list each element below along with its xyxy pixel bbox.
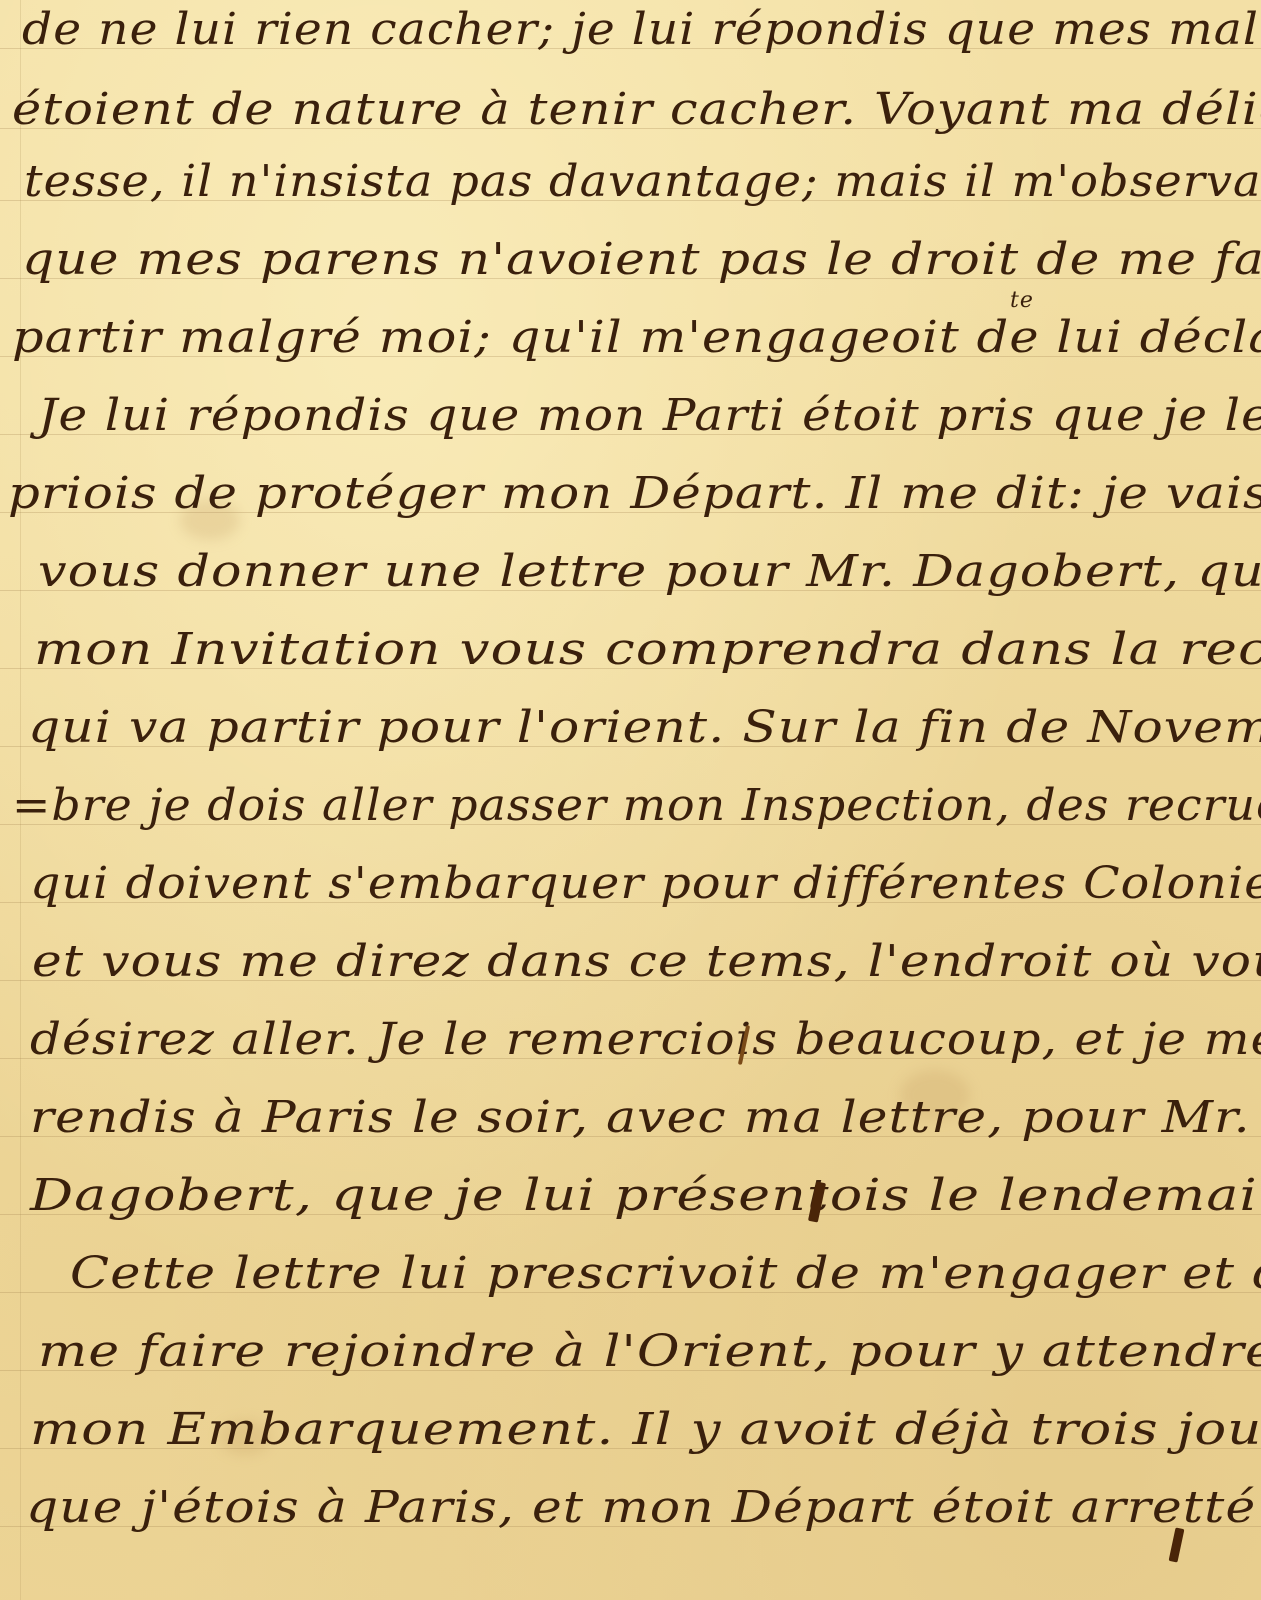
line-text: étoient de nature à tenir cacher. Voyant… [12,88,1261,132]
line-text: qui doivent s'embarquer pour différentes… [30,862,1261,906]
line-text: tesse, il n'insista pas davantage; mais … [24,160,1261,204]
line-text: qui va partir pour l'orient. Sur la fin … [28,706,1261,750]
manuscript-line: tesse, il n'insista pas davantage; mais … [0,160,1261,204]
line-text: de ne lui rien cacher; je lui répondis q… [22,8,1261,52]
line-text: mon Invitation vous comprendra dans la r… [34,628,1261,672]
line-text: rendis à Paris le soir, avec ma lettre, … [30,1096,1251,1140]
manuscript-line: priois de protéger mon Départ. Il me dit… [0,472,1261,516]
manuscript-line: mon Embarquement. Il y avoit déjà trois … [0,1408,1261,1452]
line-text: Dagobert, que je lui présentois le lende… [30,1174,1261,1218]
manuscript-line: que j'étois à Paris, et mon Départ étoit… [0,1486,1261,1530]
line-text: Je lui répondis que mon Parti étoit pris… [38,394,1261,438]
manuscript-line: qui doivent s'embarquer pour différentes… [0,862,1261,906]
line-text: partir malgré moi; qu'il m'engageoit de … [12,316,1261,360]
line-text: désirez aller. Je le remerciois beaucoup… [30,1018,1261,1062]
line-text: me faire rejoindre à l'Orient, pour y at… [38,1330,1261,1374]
manuscript-line: étoient de nature à tenir cacher. Voyant… [0,88,1261,132]
manuscript-line: vous donner une lettre pour Mr. Dagobert… [0,550,1261,594]
manuscript-line: Dagobert, que je lui présentois le lende… [0,1174,1261,1218]
manuscript-line: me faire rejoindre à l'Orient, pour y at… [0,1330,1261,1374]
manuscript-line: rendis à Paris le soir, avec ma lettre, … [0,1096,1261,1140]
manuscript-line: que mes parens n'avoient pas le droit de… [0,238,1261,282]
manuscript-line: Je lui répondis que mon Parti étoit pris… [0,394,1261,438]
manuscript-line: =bre je dois aller passer mon Inspection… [0,784,1261,828]
line-text: priois de protéger mon Départ. Il me dit… [8,472,1261,516]
manuscript-page: de ne lui rien cacher; je lui répondis q… [0,0,1261,1600]
manuscript-line: désirez aller. Je le remerciois beaucoup… [0,1018,1261,1062]
manuscript-line: Cette lettre lui prescrivoit de m'engage… [0,1252,1261,1296]
interlinear-note-text: te [1010,290,1034,312]
interlinear-note: te [1010,290,1050,312]
line-text: que mes parens n'avoient pas le droit de… [22,238,1261,282]
line-text: et vous me direz dans ce tems, l'endroit… [32,940,1261,984]
manuscript-line: et vous me direz dans ce tems, l'endroit… [0,940,1261,984]
line-text: =bre je dois aller passer mon Inspection… [12,784,1261,828]
manuscript-line: de ne lui rien cacher; je lui répondis q… [0,8,1261,52]
manuscript-line: qui va partir pour l'orient. Sur la fin … [0,706,1261,750]
line-text: mon Embarquement. Il y avoit déjà trois … [30,1408,1261,1452]
line-text: vous donner une lettre pour Mr. Dagobert… [38,550,1261,594]
manuscript-line: mon Invitation vous comprendra dans la r… [0,628,1261,672]
line-text: que j'étois à Paris, et mon Départ étoit… [26,1486,1256,1530]
manuscript-line: partir malgré moi; qu'il m'engageoit de … [0,316,1261,360]
line-text: Cette lettre lui prescrivoit de m'engage… [70,1252,1261,1296]
